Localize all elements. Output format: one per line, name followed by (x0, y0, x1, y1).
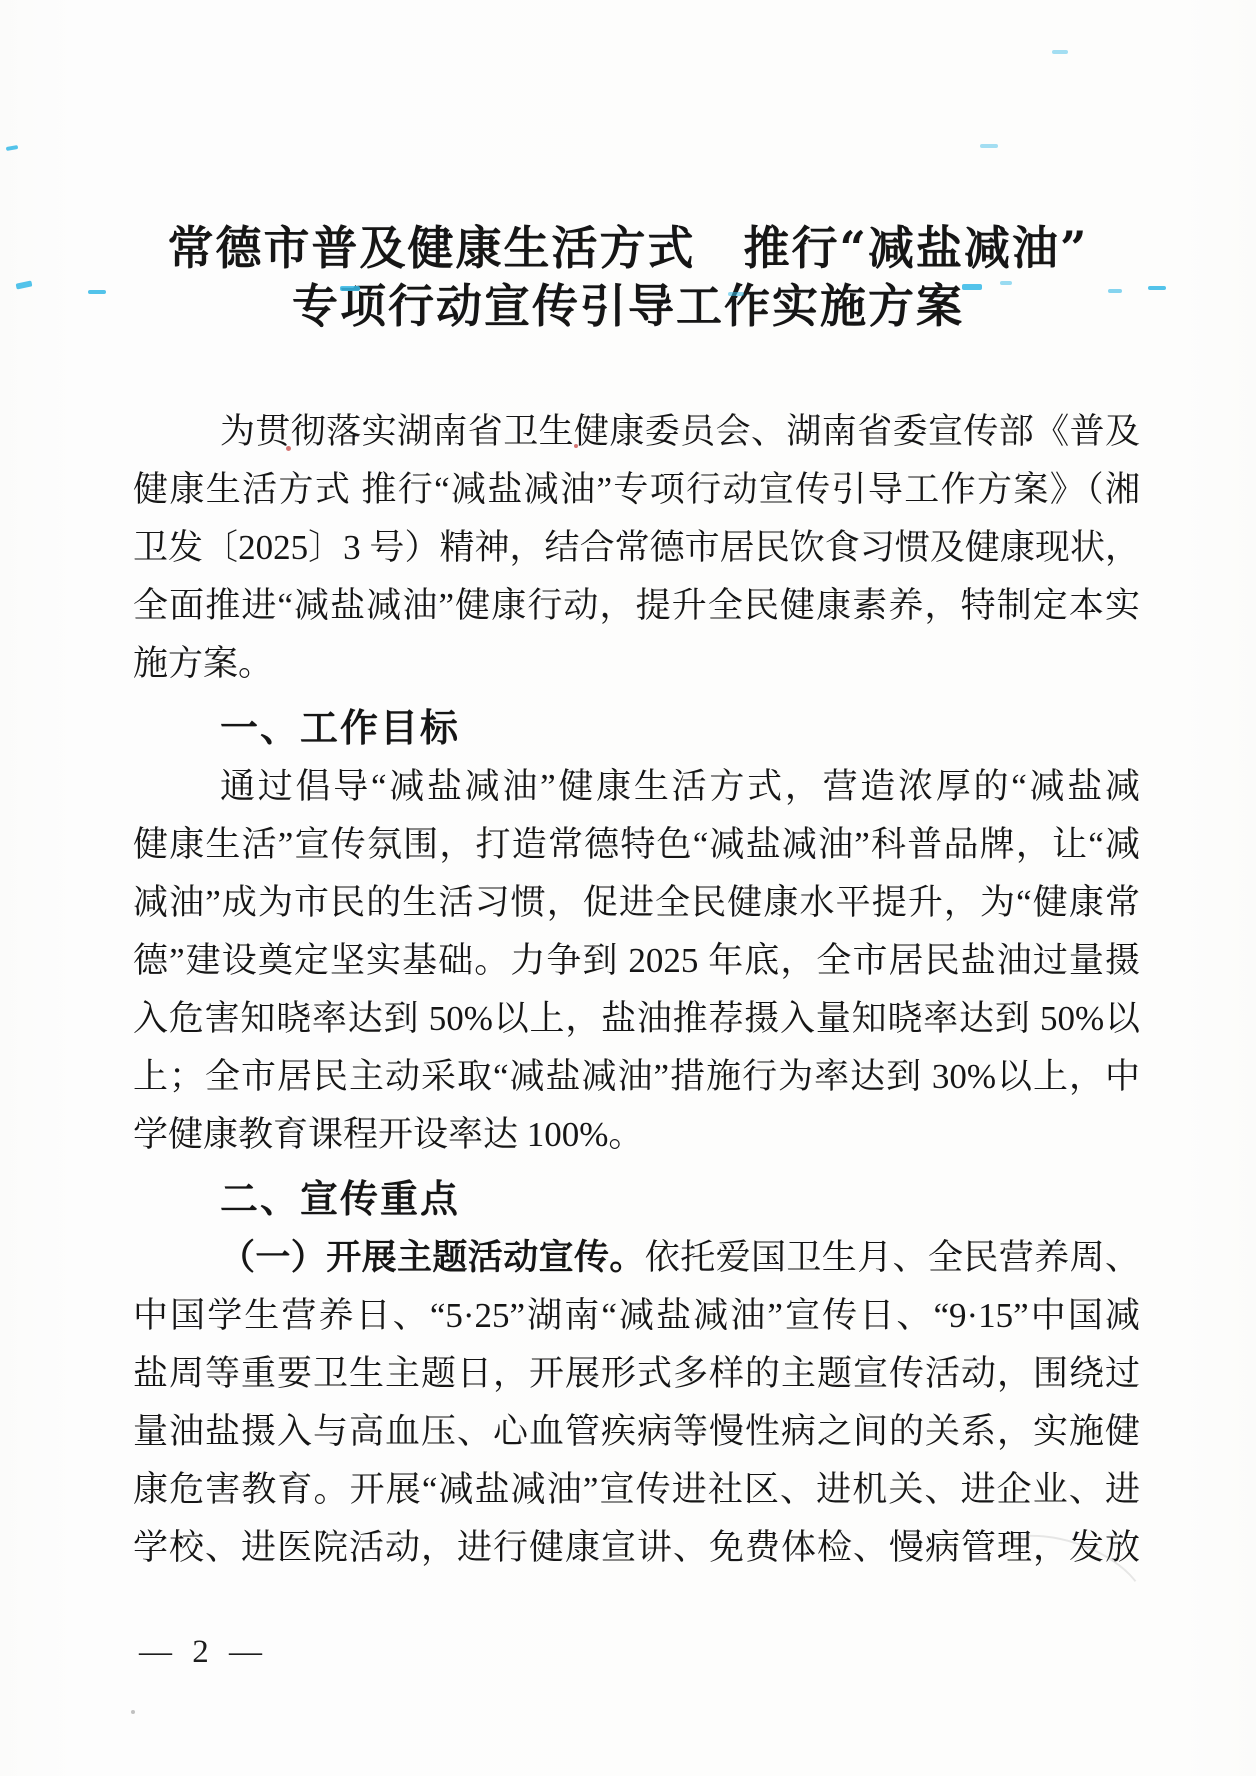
body-line: 盐周等重要卫生主题日，开展形式多样的主题宣传活动，围绕过 (133, 1345, 1140, 1403)
text-run: 康危害教育。开展“减盐减油”宣传进社区、进机关、进企业、进 (133, 1470, 1140, 1509)
body-line: 为贯彻落实湖南省卫生健康委员会、湖南省委宣传部《普及 (133, 403, 1140, 461)
body-line: 入危害知晓率达到 50%以上，盐油推荐摄入量知晓率达到 50%以 (133, 990, 1140, 1048)
document-title: 常德市普及健康生活方式 推行“减盐减油” 专项行动宣传引导工作实施方案 (0, 219, 1256, 335)
text-run: 量油盐摄入与高血压、心血管疾病等慢性病之间的关系，实施健 (133, 1412, 1140, 1451)
bold-run: （一）开展主题活动宣传。 (220, 1238, 645, 1277)
body-line: 通过倡导“减盐减油”健康生活方式，营造浓厚的“减盐减油”、 (133, 758, 1140, 816)
body-line: 康危害教育。开展“减盐减油”宣传进社区、进机关、进企业、进 (133, 1461, 1140, 1519)
text-run: 全面推进“减盐减油”健康行动，提升全民健康素养，特制定本实 (133, 586, 1140, 625)
text-run: 健康生活方式 推行“减盐减油”专项行动宣传引导工作方案》（湘 (133, 470, 1140, 509)
text-run: 盐周等重要卫生主题日，开展形式多样的主题宣传活动，围绕过 (133, 1354, 1140, 1393)
body-line: 施方案。 (133, 635, 1140, 693)
text-run: 依托爱国卫生月、全民营养周、 (645, 1238, 1140, 1277)
body-line: 量油盐摄入与高血压、心血管疾病等慢性病之间的关系，实施健 (133, 1403, 1140, 1461)
scan-artifact-mark (1052, 50, 1068, 54)
scan-artifact-mark (980, 144, 998, 148)
text-run: 入危害知晓率达到 50%以上，盐油推荐摄入量知晓率达到 50%以 (133, 999, 1140, 1038)
text-run: 为贯彻落实湖南省卫生健康委员会、湖南省委宣传部《普及 (220, 412, 1140, 451)
text-run: 学健康教育课程开设率达 100%。 (133, 1115, 643, 1154)
text-run: 施方案。 (133, 644, 273, 683)
section-heading: 一、工作目标 (133, 700, 1140, 758)
scan-artifact-mark (88, 290, 106, 294)
text-run: 上；全市居民主动采取“减盐减油”措施行为率达到 30%以上，中小 (133, 1057, 1140, 1106)
section-heading: 二、宣传重点 (133, 1171, 1140, 1229)
scan-artifact-mark (6, 145, 19, 151)
scan-artifact-mark (728, 292, 744, 296)
text-run: 健康生活”宣传氛围，打造常德特色“减盐减油”科普品牌，让“减盐 (133, 825, 1140, 874)
text-run: 德”建设奠定坚实基础。力争到 2025 年底，全市居民盐油过量摄 (133, 941, 1140, 980)
body-line: （一）开展主题活动宣传。依托爱国卫生月、全民营养周、 (133, 1229, 1140, 1287)
document-page: 常德市普及健康生活方式 推行“减盐减油” 专项行动宣传引导工作实施方案 为贯彻落… (0, 0, 1256, 1776)
scan-artifact-mark (1108, 289, 1122, 293)
text-run: 中国学生营养日、“5·25”湖南“减盐减油”宣传日、“9·15”中国减 (133, 1296, 1140, 1335)
scan-artifact-mark (962, 284, 982, 290)
document-body: 为贯彻落实湖南省卫生健康委员会、湖南省委宣传部《普及健康生活方式 推行“减盐减油… (133, 403, 1140, 1577)
title-line-1: 常德市普及健康生活方式 推行“减盐减油” (0, 219, 1256, 277)
body-line: 学健康教育课程开设率达 100%。 (133, 1106, 1140, 1164)
text-run: 通过倡导“减盐减油”健康生活方式，营造浓厚的“减盐减油”、 (133, 767, 1140, 816)
text-run: 卫发〔2025〕3 号）精神，结合常德市居民饮食习惯及健康现状， (133, 528, 1140, 567)
body-line: 卫发〔2025〕3 号）精神，结合常德市居民饮食习惯及健康现状， (133, 519, 1140, 577)
scan-artifact-speck (286, 446, 291, 451)
scan-artifact-mark (1148, 286, 1166, 290)
page-number: — 2 — (139, 1632, 268, 1672)
body-line: 上；全市居民主动采取“减盐减油”措施行为率达到 30%以上，中小 (133, 1048, 1140, 1106)
body-line: 中国学生营养日、“5·25”湖南“减盐减油”宣传日、“9·15”中国减 (133, 1287, 1140, 1345)
scan-artifact-mark (340, 286, 360, 291)
body-line: 全面推进“减盐减油”健康行动，提升全民健康素养，特制定本实 (133, 577, 1140, 635)
scan-artifact-speck (131, 1710, 135, 1714)
scan-artifact-speck (574, 444, 578, 448)
text-run: 减油”成为市民的生活习惯，促进全民健康水平提升，为“健康常 (133, 883, 1140, 922)
title-line-2: 专项行动宣传引导工作实施方案 (0, 277, 1256, 335)
body-line: 健康生活方式 推行“减盐减油”专项行动宣传引导工作方案》（湘 (133, 461, 1140, 519)
scan-artifact-mark (1000, 281, 1012, 285)
body-line: 健康生活”宣传氛围，打造常德特色“减盐减油”科普品牌，让“减盐 (133, 816, 1140, 874)
body-line: 减油”成为市民的生活习惯，促进全民健康水平提升，为“健康常 (133, 874, 1140, 932)
body-line: 德”建设奠定坚实基础。力争到 2025 年底，全市居民盐油过量摄 (133, 932, 1140, 990)
